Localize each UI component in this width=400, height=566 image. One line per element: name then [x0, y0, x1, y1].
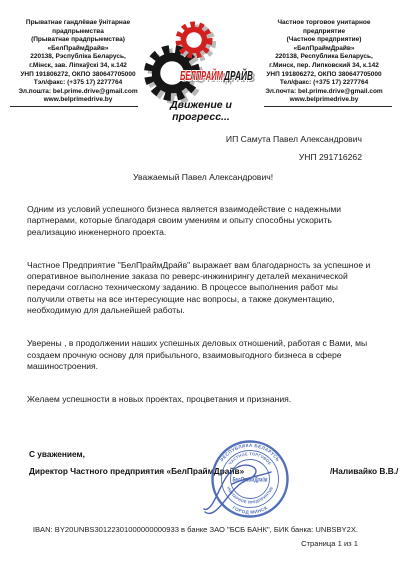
letterhead-line: www.belprimedrive.by [10, 96, 146, 105]
letterhead-line: 220138, Рэспубліка Беларусь, [10, 53, 146, 62]
letterhead-line: предприятие [256, 28, 392, 37]
body-paragraph: Частное Предприятие "БелПраймДрайв" выра… [27, 260, 375, 316]
company-stamp-icon: РЕСПУБЛИКА БЕЛАРУСЬ ГОРОД МИНСК ЧАСТНОЕ … [200, 437, 300, 521]
recipient-block: ИП Самута Павел Александрович УНП 291716… [226, 134, 362, 162]
letterhead-left-block: Прыватнае гандлёвае ўнітарнаепрадпрыемст… [10, 19, 146, 105]
letterhead-line: Тэл/факс: (+375 17) 2277764 [10, 79, 146, 88]
letter-page: Прыватнае гандлёвае ўнітарнаепрадпрыемст… [0, 0, 400, 566]
recipient-name: ИП Самута Павел Александрович [226, 134, 362, 144]
letterhead-line: г.Мінск, зав. Ліпкаўскі 34, к.142 [10, 62, 146, 71]
greeting-line: Уважаемый Павел Александрович! [133, 172, 273, 182]
logo-text-belprime: БЕЛПРАЙМ [180, 67, 224, 83]
letterhead-line: www.belprimedrive.by [256, 96, 392, 105]
recipient-unp: УНП 291716262 [226, 152, 362, 162]
letterhead-line: Эл.почта: bel.prime.drive@gmail.com [256, 88, 392, 97]
letterhead-divider-right [264, 106, 392, 107]
footer-block: IBAN: BY20UNBS30122301000000000933 в бан… [33, 525, 358, 548]
letterhead-line: Тел/факс: (+375 17) 2277764 [256, 79, 392, 88]
letterhead-line: (Прыватнае прадпрыемства) [10, 36, 146, 45]
letterhead-line: прадпрыемства [10, 28, 146, 37]
letterhead-line: Эл.пошта: bel.prime.drive@gmail.com [10, 88, 146, 97]
letterhead-divider-left [10, 106, 138, 107]
body-paragraph: Желаем успешности в новых проектах, проц… [27, 394, 375, 405]
letter-body: Одним из условий успешного бизнеса являе… [27, 204, 375, 428]
letterhead-line: (Частное предприятие) [256, 36, 392, 45]
director-name: /Наливайко В.В./ [330, 466, 398, 476]
letterhead-line: Прыватнае гандлёвае ўнітарнае [10, 19, 146, 28]
logo-text-drive: ДРАЙВ [223, 67, 253, 83]
letterhead-line: 220138, Республика Беларусь, [256, 53, 392, 62]
body-paragraph: Уверены , в продолжении наших успешных д… [27, 338, 375, 372]
company-tagline: Движение и прогресс... [140, 99, 262, 123]
svg-text:ЧАСТНОЕ ТОРГОВОЕ: ЧАСТНОЕ ТОРГОВОЕ [227, 451, 272, 466]
company-logo-gears-icon: БЕЛПРАЙМ ДРАЙВ БЕЛПРАЙМ ДРАЙВ [140, 12, 260, 104]
stamp-arc-private-trade: ЧАСТНОЕ ТОРГОВОЕ [227, 451, 272, 466]
letterhead-right-block: Частное торговое унитарноепредприятие(Ча… [256, 19, 392, 105]
salutation: С уважением, [29, 449, 85, 459]
footer-page-number: Страница 1 из 1 [33, 539, 358, 548]
letterhead-line: Частное торговое унитарное [256, 19, 392, 28]
letterhead-line: г.Минск, пер. Липковский 34, к.142 [256, 62, 392, 71]
letterhead-line: УНП 191806272, ОКПО 380647705000 [10, 71, 146, 80]
letterhead-line: УНП 191806272, ОКПО 380647705000 [256, 71, 392, 80]
body-paragraph: Одним из условий успешного бизнеса являе… [27, 204, 375, 238]
footer-iban: IBAN: BY20UNBS30122301000000000933 в бан… [33, 525, 358, 534]
